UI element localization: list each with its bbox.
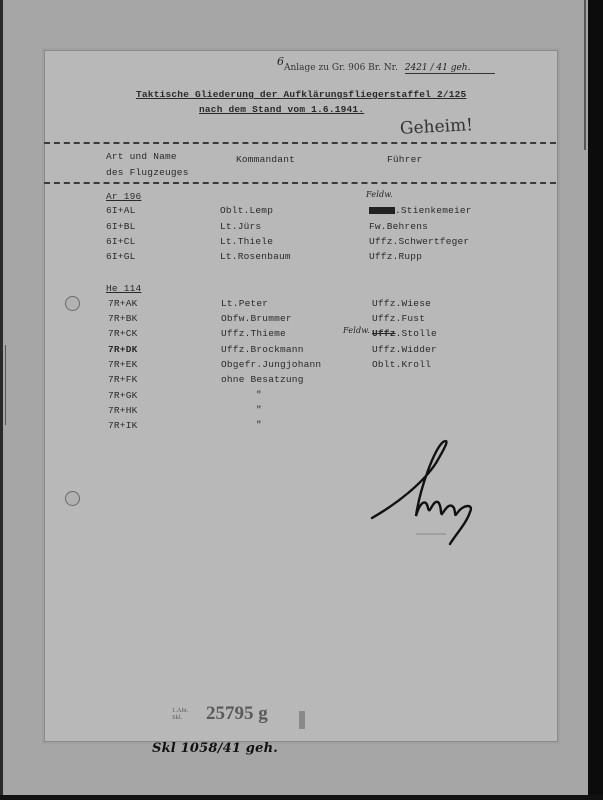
table-row-kommandant: Uffz.Brockmann: [221, 344, 304, 355]
handwritten-reference: Skl 1058/41 geh.: [152, 741, 278, 756]
table-row-fuehrer: Oblt.Kroll: [372, 359, 431, 370]
table-row-aircraft: 7R+GK: [108, 390, 138, 401]
table-row-fuehrer: Uffz.Widder: [372, 344, 437, 355]
ditto-mark: ": [256, 404, 262, 415]
table-row-aircraft: 7R+FK: [108, 374, 138, 385]
table-row-kommandant: ohne Besatzung: [221, 374, 304, 385]
table-row-aircraft: 7R+AK: [108, 298, 138, 309]
anlage-reference: Anlage zu Gr. 906 Br. Nr. 2421 / 41 geh.: [284, 63, 495, 74]
table-row-fuehrer: Fw.Behrens: [369, 221, 428, 232]
table-row-fuehrer: Uffz.Schwertfeger: [369, 236, 469, 247]
redaction-mark: [369, 207, 395, 214]
column-header-aircraft: Art und Name: [106, 151, 177, 162]
table-row-aircraft: 7R+CK: [108, 328, 138, 339]
group-heading-he114: He 114: [106, 283, 141, 294]
table-row-kommandant: Lt.Jürs: [220, 221, 261, 232]
table-row-kommandant: Oblt.Lemp: [220, 205, 273, 216]
table-row-kommandant: Lt.Thiele: [220, 236, 273, 247]
group-heading-ar196: Ar 196: [106, 191, 141, 202]
ditto-mark: ": [256, 419, 262, 430]
table-row-aircraft: 6I+AL: [106, 205, 136, 216]
table-rule-header: [44, 182, 556, 184]
punch-hole: [65, 491, 80, 506]
column-header-fuehrer: Führer: [387, 154, 422, 165]
table-row-fuehrer: Uffz.Rupp: [369, 251, 422, 262]
table-row-kommandant: Lt.Peter: [221, 298, 268, 309]
anlage-text: Anlage zu Gr. 906 Br. Nr.: [284, 63, 398, 73]
table-row-aircraft: 7R+EK: [108, 359, 138, 370]
fuehrer-annotation: Feldw.: [343, 326, 370, 335]
table-row-aircraft: 7R+BK: [108, 313, 138, 324]
table-row-kommandant: Lt.Rosenbaum: [220, 251, 291, 262]
ditto-mark: ": [256, 389, 262, 400]
document-subtitle: nach dem Stand vom 1.6.1941.: [199, 104, 364, 115]
table-row-fuehrer: Uffz.Stolle: [372, 328, 437, 339]
stamp-mark: [299, 711, 305, 729]
table-row-aircraft: 6I+CL: [106, 236, 136, 247]
scan-right-edge: [588, 0, 603, 800]
anlage-number: 2421 / 41 geh.: [405, 63, 495, 74]
stamp-number: 25795 g: [206, 703, 268, 725]
table-row-fuehrer: Uffz.Fust: [372, 313, 425, 324]
column-header-kommandant: Kommandant: [236, 154, 295, 165]
punch-hole: [65, 296, 80, 311]
signature-lemp: [368, 438, 488, 548]
scan-bottom-edge: [0, 795, 603, 800]
document-title: Taktische Gliederung der Aufklärungsflie…: [136, 89, 466, 100]
table-row-aircraft: 7R+DK: [108, 344, 138, 355]
backing-line: [5, 345, 6, 425]
table-rule-top: [44, 142, 556, 144]
column-header-aircraft-line2: des Flugzeuges: [106, 167, 189, 178]
table-row-kommandant: Obgefr.Jungjohann: [221, 359, 321, 370]
table-row-fuehrer: .Stienkemeier: [369, 205, 472, 216]
table-row-kommandant: Uffz.Thieme: [221, 328, 286, 339]
table-row-fuehrer: Uffz.Wiese: [372, 298, 431, 309]
struck-rank: Uffz: [372, 328, 396, 339]
table-row-aircraft: 6I+GL: [106, 251, 136, 262]
fuehrer-annotation: Feldw.: [366, 190, 393, 199]
backing-line: [584, 0, 586, 150]
table-row-kommandant: Obfw.Brummer: [221, 313, 292, 324]
table-row-aircraft: 6I+BL: [106, 221, 136, 232]
stamp-department: 1.Abt. Skl.: [172, 707, 188, 721]
table-row-aircraft: 7R+IK: [108, 420, 138, 431]
classification-mark: Geheim!: [400, 115, 474, 139]
table-row-aircraft: 7R+HK: [108, 405, 138, 416]
